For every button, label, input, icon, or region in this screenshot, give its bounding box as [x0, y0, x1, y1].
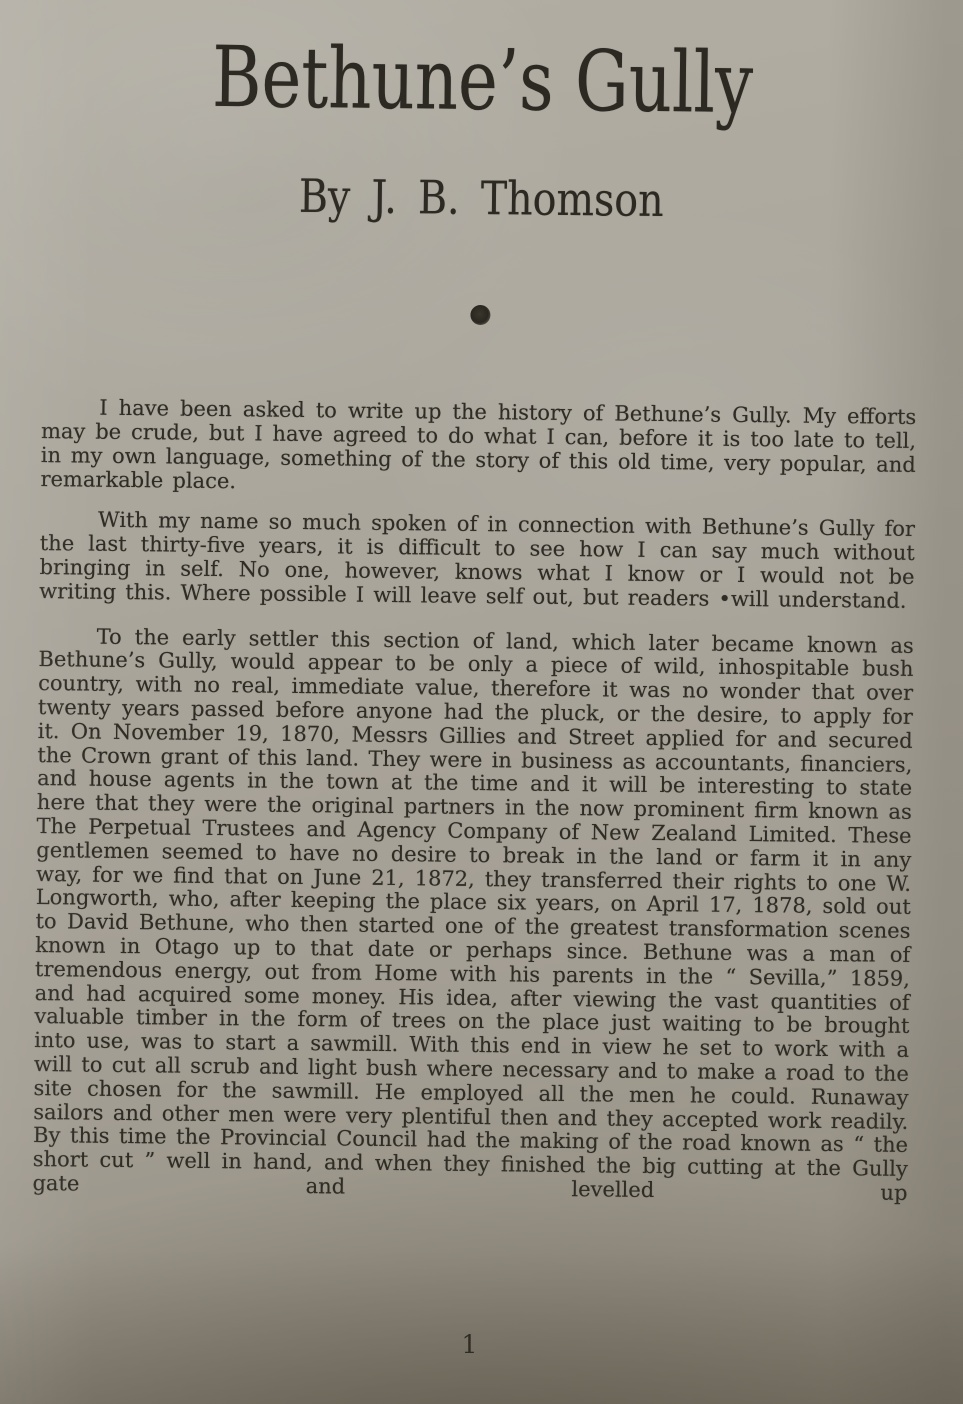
byline: By J. B. Thomson	[105, 168, 858, 229]
page-number: 1	[0, 1330, 951, 1359]
section-divider	[42, 300, 917, 332]
page-content: Bethune’s Gully By J. B. Thomson I have …	[30, 0, 921, 1404]
scanned-book-page: Bethune’s Gully By J. B. Thomson I have …	[0, 0, 963, 1404]
divider-dot-icon	[470, 305, 490, 325]
paragraph-author-note: With my name so much spoken of in connec…	[39, 508, 915, 613]
paragraph-intro: I have been asked to write up the histor…	[40, 396, 916, 501]
paragraph-history: To the early settler this section of lan…	[32, 625, 913, 1206]
page-title: Bethune’s Gully	[132, 30, 833, 130]
